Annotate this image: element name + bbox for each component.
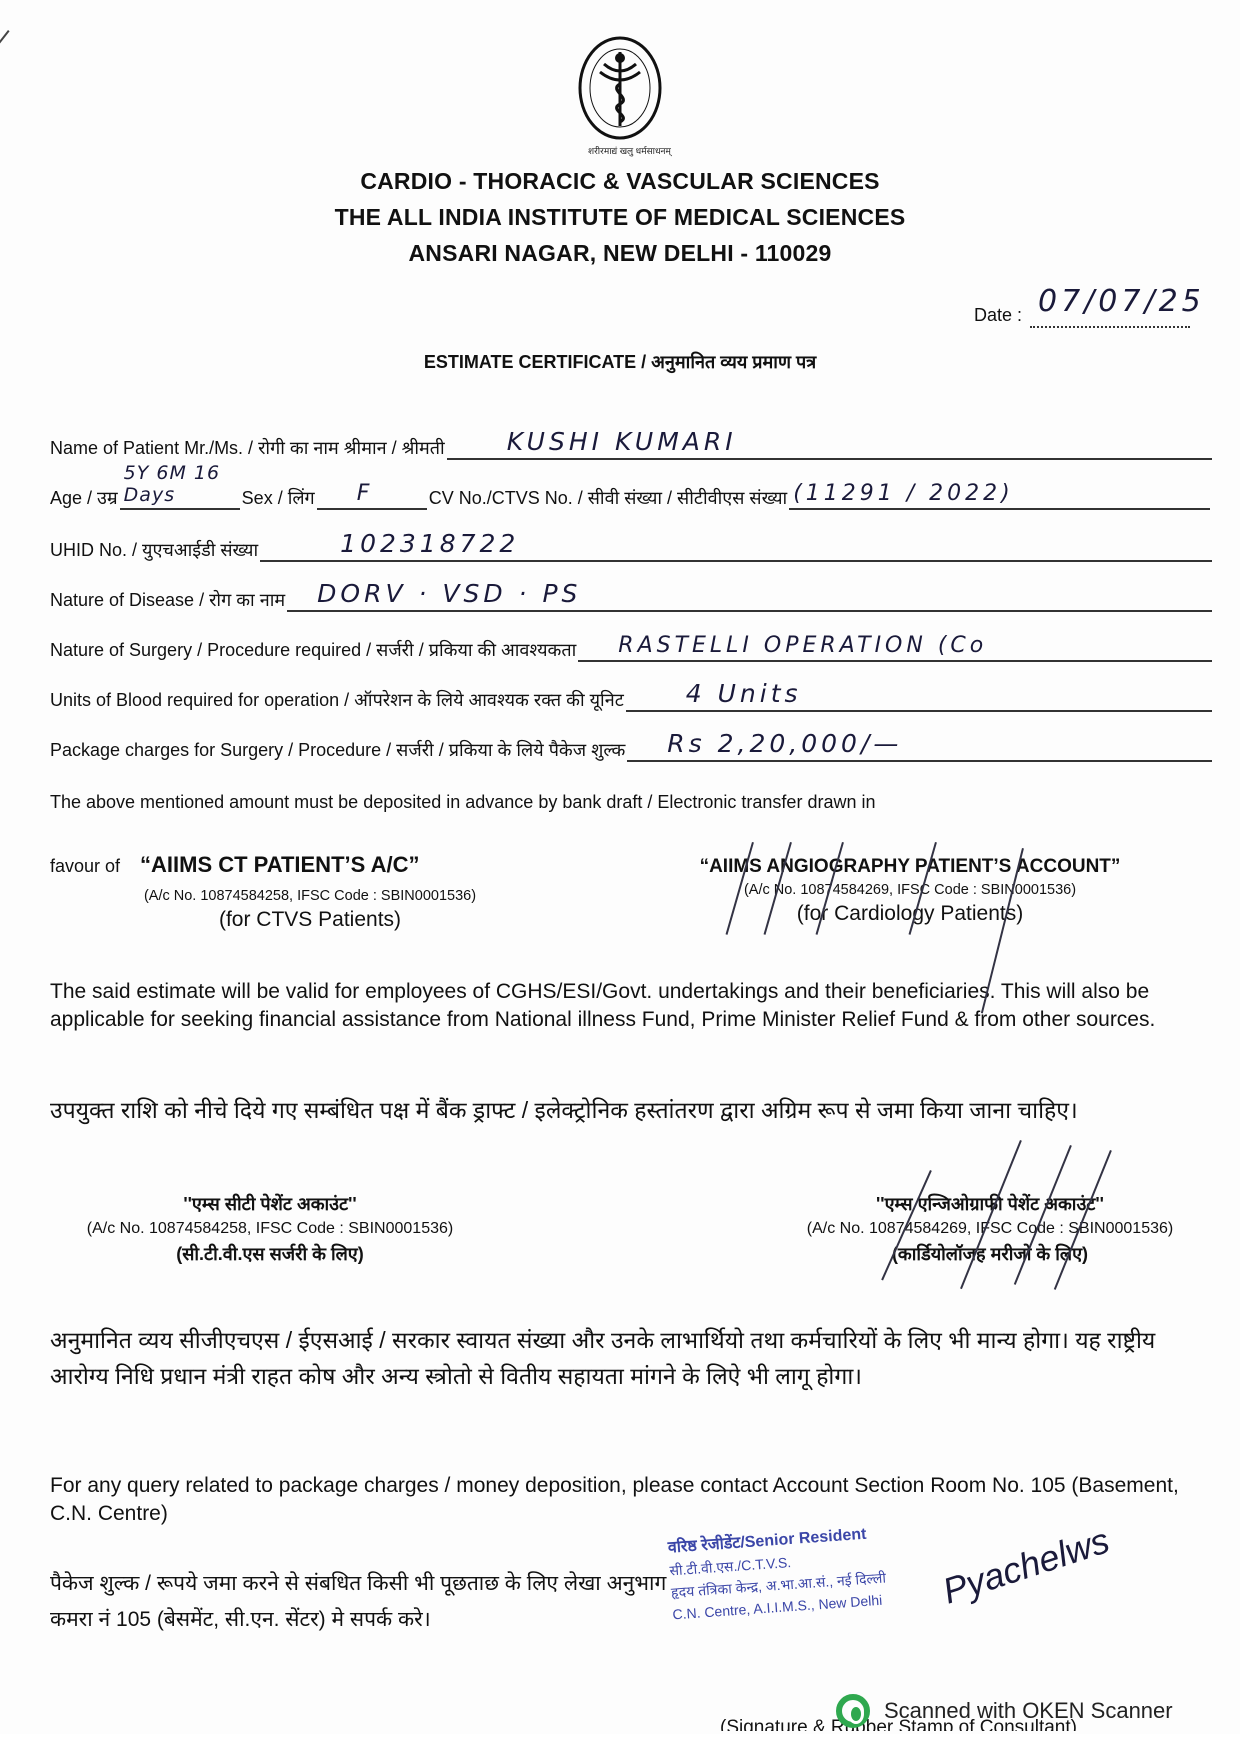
age-field: 5Y 6M 16 Days — [120, 478, 240, 510]
oken-scanner-logo-icon — [836, 1694, 870, 1728]
blood-label: Units of Blood required for operation / … — [50, 688, 624, 712]
surgery-label: Nature of Surgery / Procedure required /… — [50, 638, 576, 662]
age-label: Age / उम्र — [50, 486, 118, 510]
charges-row: Package charges for Surgery / Procedure … — [50, 728, 1212, 762]
angio-account-hi: ''एम्स एन्जिओग्राफी पेशेंट अकाउंट'' (A/c… — [760, 1192, 1220, 1266]
angio-account-number: (A/c No. 10874584269, IFSC Code : SBIN00… — [660, 882, 1160, 898]
ct-account-for-hi: (सी.टी.वी.एस सर्जरी के लिए) — [40, 1242, 500, 1266]
ct-account-number-hi: (A/c No. 10874584258, IFSC Code : SBIN00… — [40, 1220, 500, 1238]
aiims-logo-icon — [574, 34, 666, 146]
consultant-signature: Pyachelws — [938, 1519, 1115, 1612]
blood-field: 4 Units — [626, 680, 1212, 712]
query-note-en: For any query related to package charges… — [50, 1472, 1210, 1528]
scanner-badge-text: Scanned with OKEN Scanner — [884, 1698, 1173, 1724]
angio-account-for-hi: (कार्डियोलॉजह मरीजो के लिए) — [760, 1242, 1220, 1266]
validity-note-en: The said estimate will be valid for empl… — [50, 978, 1210, 1034]
patient-name-value: KUSHI KUMARI — [507, 427, 737, 456]
logo-motto: शरीरमाद्यं खलु धर्मसाधनम् — [588, 144, 671, 157]
angio-account-en: “AIIMS ANGIOGRAPHY PATIENT’S ACCOUNT” (A… — [660, 856, 1160, 926]
query-note-hi: पैकेज शुल्क / रूपये जमा करने से संबधित क… — [50, 1566, 680, 1638]
age-sex-cv-row: Age / उम्र 5Y 6M 16 Days Sex / लिंग F CV… — [50, 476, 1212, 510]
ct-account-number: (A/c No. 10874584258, IFSC Code : SBIN00… — [80, 888, 540, 904]
sex-field: F — [317, 478, 427, 510]
sex-label: Sex / लिंग — [242, 486, 315, 510]
uhid-row: UHID No. / युएचआईडी संख्या 102318722 — [50, 528, 1212, 562]
disease-field: DORV · VSD · PS — [287, 580, 1212, 612]
ct-account-en: “AIIMS CT PATIENT’S A/C” — [140, 852, 520, 878]
date-label: Date : — [974, 305, 1022, 326]
uhid-label: UHID No. / युएचआईडी संख्या — [50, 538, 258, 562]
charges-field: Rs 2,20,000/— — [627, 730, 1212, 762]
surgery-value: RASTELLI OPERATION (Co — [618, 633, 987, 658]
uhid-field: 102318722 — [260, 530, 1212, 562]
rubber-stamp: वरिष्ठ रेजीडेंट/Senior Resident सी.टी.वी… — [667, 1523, 888, 1626]
disease-label: Nature of Disease / रोग का नाम — [50, 588, 285, 612]
patient-name-field: KUSHI KUMARI — [447, 428, 1212, 460]
uhid-value: 102318722 — [340, 529, 519, 558]
ct-account-for: (for CTVS Patients) — [80, 908, 540, 932]
institute-title: THE ALL INDIA INSTITUTE OF MEDICAL SCIEN… — [0, 204, 1240, 231]
favour-of-label: favour of — [50, 856, 120, 877]
blood-value: 4 Units — [686, 679, 802, 708]
department-title: CARDIO - THORACIC & VASCULAR SCIENCES — [0, 168, 1240, 195]
institute-address: ANSARI NAGAR, NEW DELHI - 110029 — [0, 240, 1240, 267]
sex-value: F — [357, 481, 374, 506]
charges-value: Rs 2,20,000/— — [667, 729, 902, 758]
patient-name-row: Name of Patient Mr./Ms. / रोगी का नाम श्… — [50, 426, 1212, 460]
cv-no-label: CV No./CTVS No. / सीवी संख्या / सीटीवीएस… — [429, 486, 788, 510]
deposit-note: The above mentioned amount must be depos… — [50, 788, 1210, 816]
patient-name-label: Name of Patient Mr./Ms. / रोगी का नाम श्… — [50, 436, 445, 460]
disease-row: Nature of Disease / रोग का नाम DORV · VS… — [50, 578, 1212, 612]
deposit-note-hi: उपयुक्त राशि को नीचे दिये गए सम्बंधित पक… — [50, 1092, 1210, 1128]
certificate-title: ESTIMATE CERTIFICATE / अनुमानित व्यय प्र… — [0, 350, 1240, 374]
validity-note-hi: अनुमानित व्यय सीजीएचएस / ईएसआई / सरकार स… — [50, 1322, 1180, 1394]
page-cutoff — [0, 1734, 1240, 1755]
angio-account-name: “AIIMS ANGIOGRAPHY PATIENT’S ACCOUNT” — [660, 856, 1160, 878]
scan-mark — [0, 30, 10, 102]
date-value: 07/07/25 — [1038, 284, 1205, 319]
ct-account-hi: ''एम्स सीटी पेशेंट अकाउंट'' (A/c No. 108… — [40, 1192, 500, 1266]
age-value: 5Y 6M 16 Days — [124, 462, 240, 506]
ct-account-name: “AIIMS CT PATIENT’S A/C” — [140, 852, 520, 878]
scanner-badge: Scanned with OKEN Scanner — [836, 1694, 1173, 1728]
date-field — [1030, 326, 1190, 328]
ct-account-en-details: (A/c No. 10874584258, IFSC Code : SBIN00… — [80, 884, 540, 932]
blood-row: Units of Blood required for operation / … — [50, 678, 1212, 712]
charges-label: Package charges for Surgery / Procedure … — [50, 738, 625, 762]
angio-account-number-hi: (A/c No. 10874584269, IFSC Code : SBIN00… — [760, 1220, 1220, 1238]
disease-value: DORV · VSD · PS — [317, 579, 581, 608]
cv-no-field: (11291 / 2022) — [789, 478, 1210, 510]
cv-no-value: (11291 / 2022) — [793, 481, 1014, 506]
ct-account-name-hi: ''एम्स सीटी पेशेंट अकाउंट'' — [40, 1192, 500, 1216]
surgery-row: Nature of Surgery / Procedure required /… — [50, 628, 1212, 662]
surgery-field: RASTELLI OPERATION (Co — [578, 630, 1212, 662]
